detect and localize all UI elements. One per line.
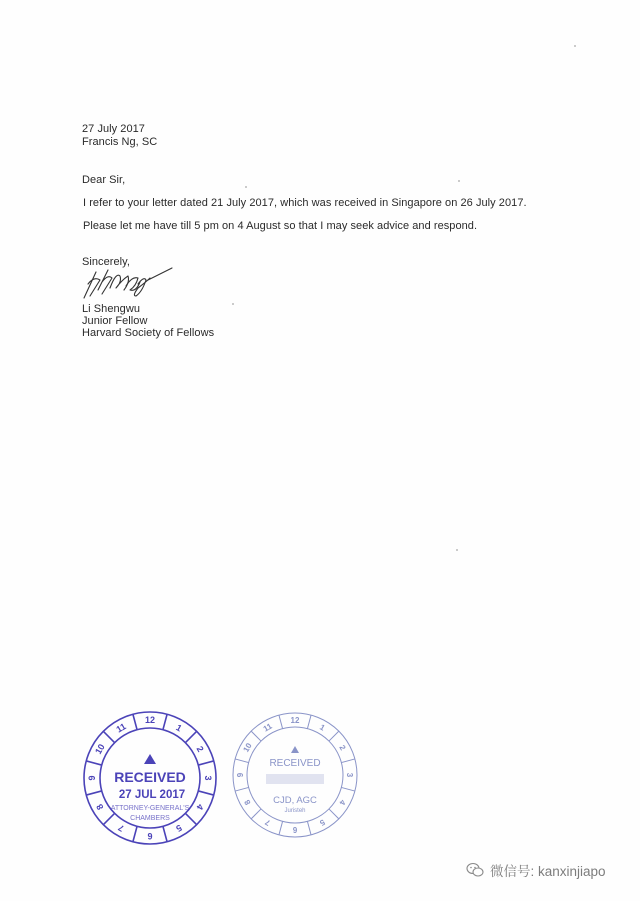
stamp-office-line2: CHAMBERS [130,815,170,822]
stamp-triangle-icon [144,754,156,764]
svg-text:5: 5 [174,823,183,834]
received-stamp-cjd-agc: 123456789101112 RECEIVED CJD, AGC Jurist… [230,710,360,840]
svg-text:2: 2 [195,744,206,753]
scan-speck [232,303,234,305]
letter-date: 27 July 2017 [82,123,145,136]
scan-speck [456,549,458,551]
svg-text:11: 11 [114,721,127,734]
signatory-organization: Harvard Society of Fellows [82,327,214,340]
stamp-date-smudge [266,774,324,784]
watermark-text: 微信号: kanxinjiapo [490,860,606,880]
paragraph-1: I refer to your letter dated 21 July 201… [83,197,527,210]
svg-text:8: 8 [94,802,105,811]
svg-text:9: 9 [236,772,245,777]
svg-text:4: 4 [337,798,347,807]
svg-text:3: 3 [345,773,354,778]
signature-icon [82,262,182,302]
svg-text:2: 2 [337,743,347,752]
stamp-label: RECEIVED [114,769,186,785]
svg-text:11: 11 [262,721,274,733]
stamp-date: 27 JUL 2017 [119,789,185,801]
received-stamp-attorney-generals-chambers: 123456789101112 RECEIVED 27 JUL 2017 ATT… [80,708,220,848]
stamp-office-line2: Juristeh [284,808,305,814]
svg-text:9: 9 [87,775,97,780]
stamp-office-line1: CJD, AGC [273,795,317,806]
svg-text:3: 3 [203,775,213,780]
scan-speck [245,186,247,188]
svg-text:5: 5 [318,817,327,827]
wechat-icon [466,862,484,878]
stamp-office-line1: ATTORNEY-GENERAL'S [111,805,190,812]
svg-text:7: 7 [116,823,125,834]
scan-speck [458,180,460,182]
svg-text:12: 12 [145,715,155,725]
svg-text:6: 6 [292,825,297,834]
svg-text:4: 4 [195,802,206,811]
svg-text:1: 1 [318,723,327,733]
salutation: Dear Sir, [82,174,125,187]
svg-text:1: 1 [174,722,183,733]
recipient: Francis Ng, SC [82,136,157,149]
svg-text:12: 12 [291,716,300,725]
stamp-triangle-icon [291,746,299,753]
svg-text:10: 10 [93,742,107,756]
svg-text:7: 7 [263,817,272,827]
svg-text:6: 6 [147,831,152,841]
svg-text:8: 8 [242,798,252,807]
stamp-label: RECEIVED [269,758,320,769]
scan-speck [574,45,576,47]
paragraph-2: Please let me have till 5 pm on 4 August… [83,220,477,233]
svg-text:10: 10 [242,741,255,754]
watermark: 微信号: kanxinjiapo [466,860,606,880]
